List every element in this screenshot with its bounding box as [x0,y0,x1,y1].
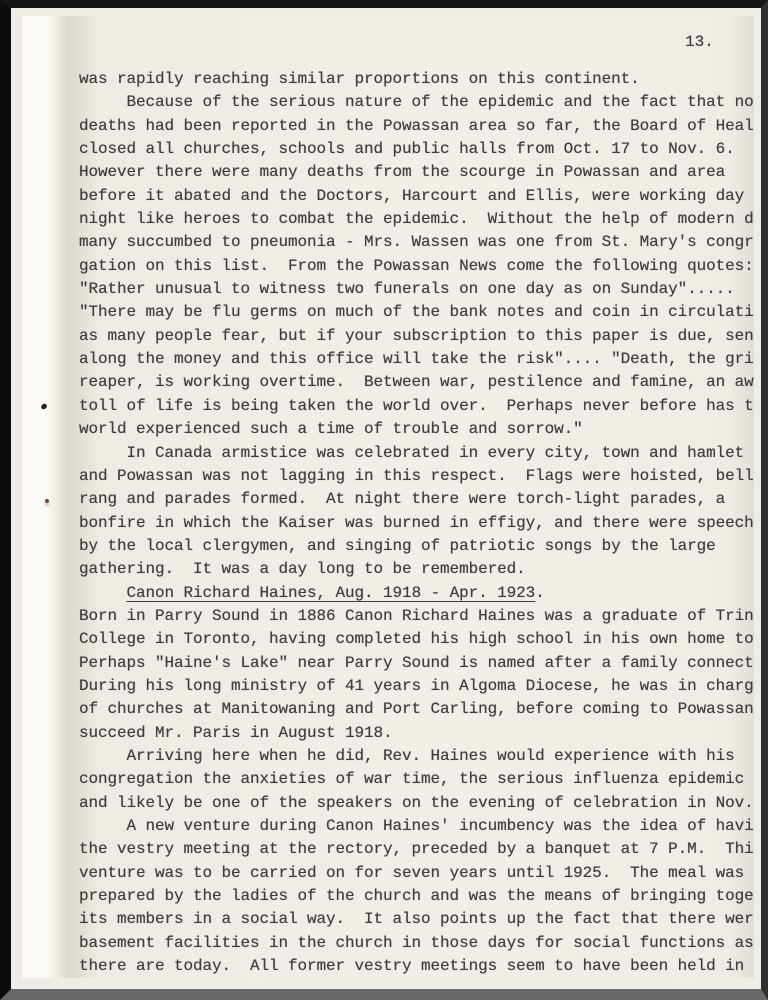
text-line: succeed Mr. Paris in August 1918. [79,722,754,745]
text-line: of churches at Manitowaning and Port Car… [79,698,754,721]
text-line: Perhaps "Haine's Lake" near Parry Sound … [79,652,754,675]
page-number: 13. [685,31,714,54]
text-line: gathering. It was a day long to be remem… [79,558,754,581]
text-line: its members in a social way. It also poi… [79,908,754,931]
text-line: A new venture during Canon Haines' incum… [79,815,754,838]
section-heading: Canon Richard Haines, Aug. 1918 - Apr. 1… [79,582,754,605]
text-line: gation on this list. From the Powassan N… [79,255,754,278]
text-line: During his long ministry of 41 years in … [79,675,754,698]
text-line: and Powassan was not lagging in this res… [79,465,754,488]
text-line: reaper, is working overtime. Between war… [79,371,754,394]
text-line: Born in Parry Sound in 1886 Canon Richar… [79,605,754,628]
text-line: toll of life is being taken the world ov… [79,395,754,418]
heading-trailing-period: . [535,584,545,602]
scanned-page: 13. was rapidly reaching similar proport… [22,16,754,978]
text-line: many succumbed to pneumonia - Mrs. Wasse… [79,231,754,254]
text-line: bonfire in which the Kaiser was burned i… [79,512,754,535]
ink-speck [45,499,49,503]
text-line: deaths had been reported in the Powassan… [79,115,754,138]
heading-underlined-text: Canon Richard Haines, Aug. 1918 - Apr. 1… [127,584,536,602]
text-line: there are today. All former vestry meeti… [79,955,754,978]
text-line: the vestry meeting at the rectory, prece… [79,838,754,861]
ink-speck [40,403,48,410]
text-line: prepared by the ladies of the church and… [79,885,754,908]
text-line: world experienced such a time of trouble… [79,418,754,441]
text-line: basement facilities in the church in tho… [79,932,754,955]
text-line: venture was to be carried on for seven y… [79,862,754,885]
scan-border-frame: 13. was rapidly reaching similar proport… [0,0,768,1000]
text-line: was rapidly reaching similar proportions… [79,68,754,91]
text-line: as many people fear, but if your subscri… [79,325,754,348]
text-line: night like heroes to combat the epidemic… [79,208,754,231]
text-line: congregation the anxieties of war time, … [79,768,754,791]
text-line: In Canada armistice was celebrated in ev… [79,442,754,465]
text-block-a: was rapidly reaching similar proportions… [79,68,754,582]
heading-indent [79,584,127,602]
text-line: College in Toronto, having completed his… [79,628,754,651]
text-line: along the money and this office will tak… [79,348,754,371]
text-line: "There may be flu germs on much of the b… [79,301,754,324]
typewritten-text: was rapidly reaching similar proportions… [79,68,754,978]
text-line: rang and parades formed. At night there … [79,488,754,511]
text-line: closed all churches, schools and public … [79,138,754,161]
text-line: by the local clergymen, and singing of p… [79,535,754,558]
text-line: before it abated and the Doctors, Harcou… [79,185,754,208]
text-line: However there were many deaths from the … [79,161,754,184]
text-line: "Rather unusual to witness two funerals … [79,278,754,301]
text-line: Arriving here when he did, Rev. Haines w… [79,745,754,768]
text-line: Because of the serious nature of the epi… [79,91,754,114]
text-block-b: Born in Parry Sound in 1886 Canon Richar… [79,605,754,978]
text-line: and likely be one of the speakers on the… [79,792,754,815]
